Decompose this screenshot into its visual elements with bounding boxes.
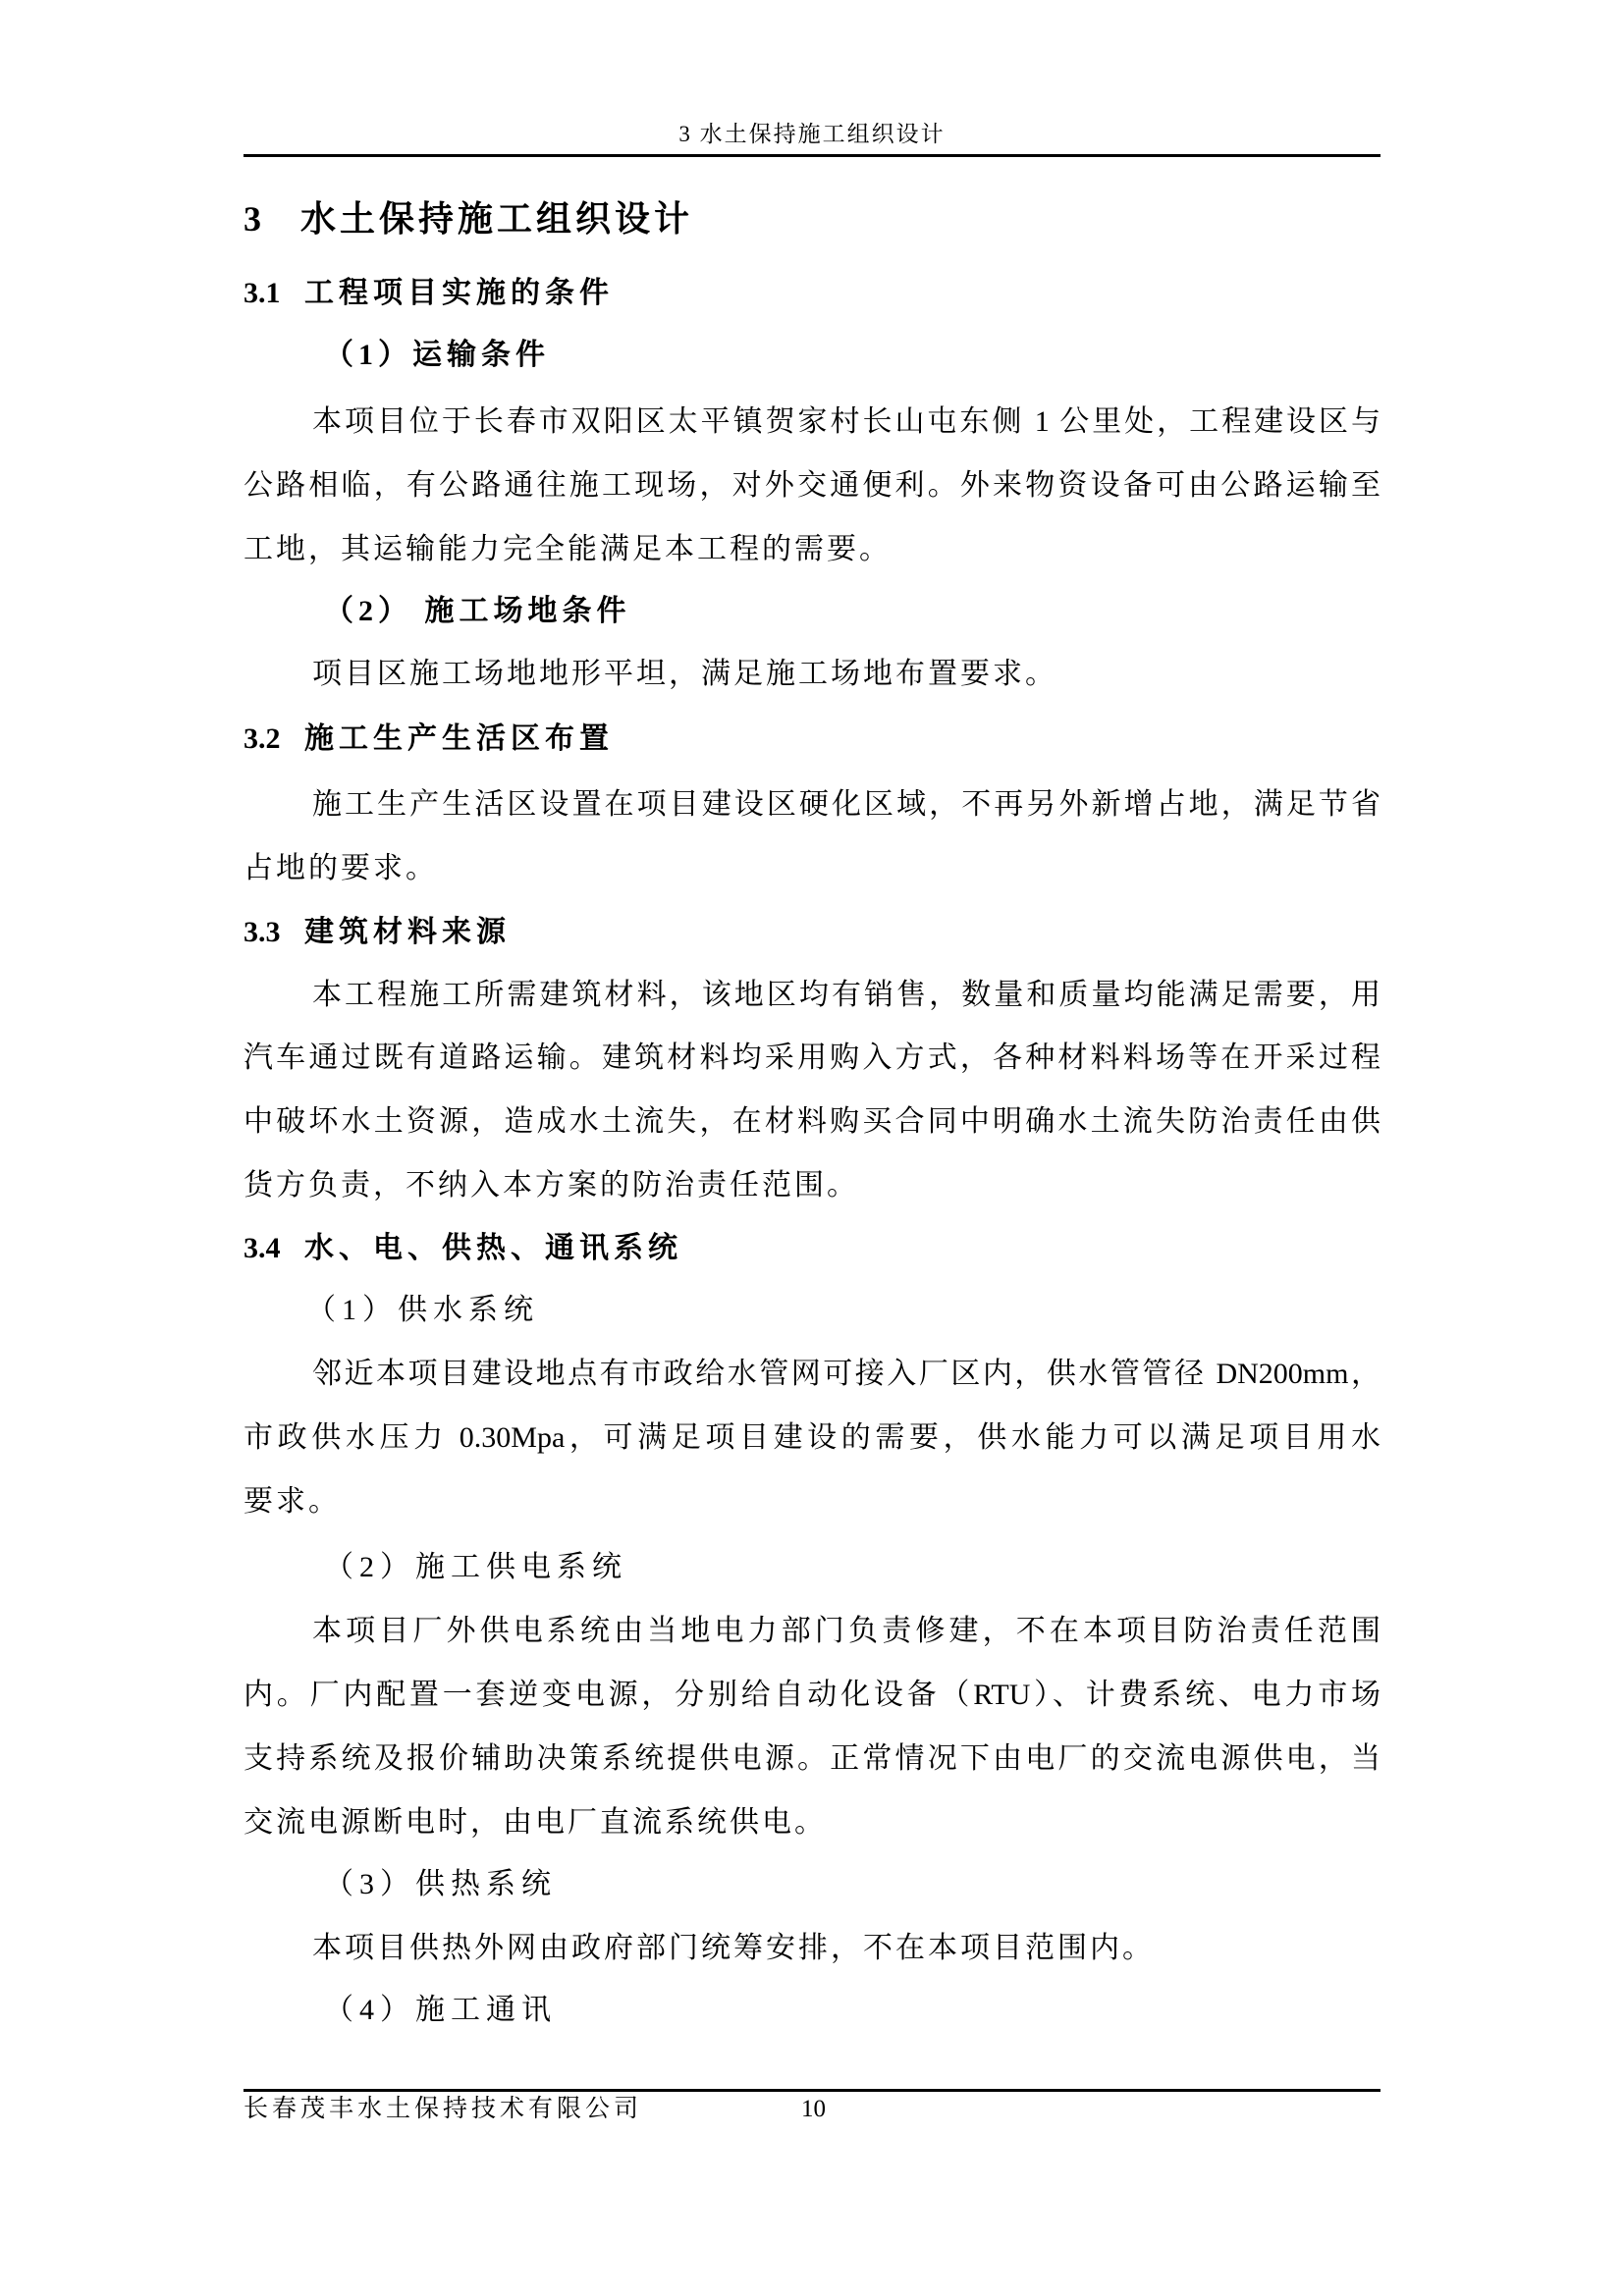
section-heading-3-2: 3.2施工生产生活区布置 bbox=[244, 718, 1380, 761]
paragraph-line: 本工程施工所需建筑材料，该地区均有销售，数量和质量均能满足需要，用 bbox=[244, 974, 1380, 1017]
paragraph-line: 市政供水压力 0.30Mpa，可满足项目建设的需要，供水能力可以满足项目用水 bbox=[244, 1416, 1380, 1460]
paragraph-line: 中破坏水土资源，造成水土流失，在材料购买合同中明确水土流失防治责任由供 bbox=[244, 1100, 1380, 1144]
paragraph-line: 工地，其运输能力完全能满足本工程的需要。 bbox=[244, 528, 1380, 571]
paragraph-line: 要求。 bbox=[244, 1480, 1380, 1523]
section-heading-3-3: 3.3建筑材料来源 bbox=[244, 911, 1380, 954]
footer-rule bbox=[244, 2089, 1380, 2092]
section-title: 施工生产生活区布置 bbox=[304, 722, 614, 755]
chapter-title: 水土保持施工组织设计 bbox=[300, 199, 693, 239]
paragraph-line: 货方负责，不纳入本方案的防治责任范围。 bbox=[244, 1164, 1380, 1207]
paragraph-line: 公路相临，有公路通往施工现场，对外交通便利。外来物资设备可由公路运输至 bbox=[244, 464, 1380, 507]
paragraph-line: 支持系统及报价辅助决策系统提供电源。正常情况下由电厂的交流电源供电，当 bbox=[244, 1737, 1380, 1781]
chapter-heading: 3水土保持施工组织设计 bbox=[244, 194, 1380, 243]
section-title: 工程项目实施的条件 bbox=[304, 277, 614, 309]
paragraph-line: 本项目厂外供电系统由当地电力部门负责修建，不在本项目防治责任范围 bbox=[244, 1610, 1380, 1653]
document-page: 3 水土保持施工组织设计 3水土保持施工组织设计 3.1工程项目实施的条件 （1… bbox=[0, 0, 1624, 2296]
paragraph-line: 交流电源断电时，由电厂直流系统供电。 bbox=[244, 1801, 1380, 1844]
paragraph-line: 本项目位于长春市双阳区太平镇贺家村长山屯东侧 1 公里处，工程建设区与 bbox=[244, 400, 1380, 444]
section-title: 水、电、供热、通讯系统 bbox=[304, 1232, 682, 1264]
paragraph-line: 汽车通过既有道路运输。建筑材料均采用购入方式，各种材料料场等在开采过程 bbox=[244, 1037, 1380, 1080]
paragraph-line: 本项目供热外网由政府部门统筹安排，不在本项目范围内。 bbox=[244, 1927, 1380, 1970]
page-number: 10 bbox=[801, 2095, 826, 2124]
header-rule bbox=[244, 154, 1380, 157]
paragraph-line: 内。厂内配置一套逆变电源，分别给自动化设备（RTU）、计费系统、电力市场 bbox=[244, 1674, 1380, 1717]
section-heading-3-4: 3.4水、电、供热、通讯系统 bbox=[244, 1227, 1380, 1270]
subsection-heading-heating: （3）供热系统 bbox=[324, 1863, 557, 1906]
subsection-heading-water: （1）供水系统 bbox=[306, 1289, 539, 1332]
section-heading-3-1: 3.1工程项目实施的条件 bbox=[244, 272, 1380, 315]
paragraph-line: 项目区施工场地地形平坦，满足施工场地布置要求。 bbox=[244, 653, 1380, 696]
chapter-number: 3 bbox=[244, 194, 300, 243]
subsection-heading-transport: （1）运输条件 bbox=[324, 334, 550, 377]
running-header-title: 3 水土保持施工组织设计 bbox=[244, 118, 1380, 151]
paragraph-line: 施工生产生活区设置在项目建设区硬化区域，不再另外新增占地，满足节省 bbox=[244, 783, 1380, 827]
section-number: 3.4 bbox=[244, 1227, 304, 1270]
paragraph-line: 邻近本项目建设地点有市政给水管网可接入厂区内，供水管管径 DN200mm， bbox=[244, 1353, 1380, 1396]
section-number: 3.3 bbox=[244, 911, 304, 954]
paragraph-line: 占地的要求。 bbox=[244, 847, 1380, 890]
subsection-heading-communication: （4）施工通讯 bbox=[324, 1989, 557, 2032]
section-title: 建筑材料来源 bbox=[304, 916, 511, 948]
subsection-heading-power: （2）施工供电系统 bbox=[324, 1546, 627, 1589]
footer-company: 长春茂丰水土保持技术有限公司 bbox=[244, 2095, 642, 2124]
section-number: 3.2 bbox=[244, 718, 304, 761]
section-number: 3.1 bbox=[244, 272, 304, 315]
subsection-heading-site: （2） 施工场地条件 bbox=[324, 590, 631, 633]
